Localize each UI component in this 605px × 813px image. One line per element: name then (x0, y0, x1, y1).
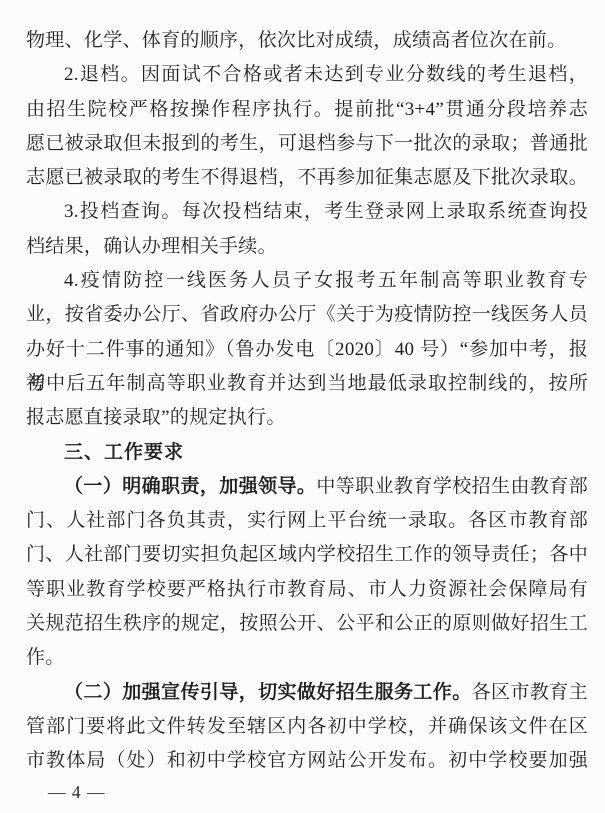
section-heading: 三、工作要求 (26, 436, 588, 470)
line-text: 管部门要将此文件转发至辖区内各初中学校，并确保该文件在区 (26, 716, 588, 737)
line-text: 等职业教育学校要严格执行市教育局、市人力资源社会保障局有 (26, 579, 588, 600)
paragraph-line: 门、人社部门各负其责，实行网上平台统一录取。各区市教育部 (26, 504, 588, 538)
paragraph-line: （二）加强宣传引导，切实做好招生服务工作。各区市教育主 (26, 676, 588, 710)
paragraph-line: 门、人社部门要切实担负起区域内学校招生工作的领导责任；各中 (26, 538, 588, 572)
bold-lead-in: （二）加强宣传引导，切实做好招生服务工作。 (64, 682, 472, 703)
bold-lead-in: （一）明确职责，加强领导。 (64, 476, 316, 497)
line-text: 2.退档。因面试不合格或者未达到专业分数线的考生退档， (64, 64, 588, 85)
line-text: 愿已被录取但未报到的考生，可退档参与下一批次的录取；普通批 (26, 133, 588, 154)
line-text: 志愿已被录取的考生不得退档，不再参加征集志愿及下批次录取。 (26, 167, 588, 188)
line-text: 市教体局（处）和初中学校官方网站公开发布。初中学校要加强 (26, 750, 588, 771)
line-text: 作。 (26, 647, 65, 668)
line-text: 各区市教育主 (472, 682, 588, 703)
line-text: 物理、化学、体育的顺序，依次比对成绩，成绩高者位次在前。 (26, 30, 566, 51)
paragraph-line: 志愿已被录取的考生不得退档，不再参加征集志愿及下批次录取。 (26, 161, 588, 195)
paragraph-line: （一）明确职责，加强领导。中等职业教育学校招生由教育部 (26, 470, 588, 504)
paragraph-line: 3.投档查询。每次投档结束，考生登录网上录取系统查询投 (26, 195, 588, 229)
line-text: 由招生院校严格按操作程序执行。提前批“3+4”贯通分段培养志 (26, 99, 588, 120)
paragraph-line: 管部门要将此文件转发至辖区内各初中学校，并确保该文件在区 (26, 710, 588, 744)
paragraph-line: 办好十二件事的通知》（鲁办发电〔2020〕40 号）“参加中考，报考 (26, 333, 588, 367)
line-text: 4.疫情防控一线医务人员子女报考五年制高等职业教育专 (64, 270, 588, 291)
paragraph-line: 2.退档。因面试不合格或者未达到专业分数线的考生退档， (26, 58, 588, 92)
paragraph-line: 由招生院校严格按操作程序执行。提前批“3+4”贯通分段培养志 (26, 93, 588, 127)
heading-text: 三、工作要求 (64, 442, 184, 463)
line-text: 报志愿直接录取”的规定执行。 (26, 407, 286, 428)
paragraph-line: 4.疫情防控一线医务人员子女报考五年制高等职业教育专 (26, 264, 588, 298)
paragraph-line: 关规范招生秩序的规定，按照公开、公平和公正的原则做好招生工 (26, 607, 588, 641)
line-text: 业，按省委办公厅、省政府办公厅《关于为疫情防控一线医务人员 (26, 304, 588, 325)
paragraph-line: 等职业教育学校要严格执行市教育局、市人力资源社会保障局有 (26, 573, 588, 607)
line-text: 3.投档查询。每次投档结束，考生登录网上录取系统查询投 (64, 201, 588, 222)
paragraph-line: 作。 (26, 641, 588, 675)
paragraph-line: 愿已被录取但未报到的考生，可退档参与下一批次的录取；普通批 (26, 127, 588, 161)
paragraph-line: 业，按省委办公厅、省政府办公厅《关于为疫情防控一线医务人员 (26, 298, 588, 332)
line-text: 中等职业教育学校招生由教育部 (316, 476, 588, 497)
line-text: 档结果，确认办理相关手续。 (26, 236, 277, 257)
document-page: 物理、化学、体育的顺序，依次比对成绩，成绩高者位次在前。 2.退档。因面试不合格… (0, 0, 605, 813)
paragraph-line: 物理、化学、体育的顺序，依次比对成绩，成绩高者位次在前。 (26, 24, 588, 58)
paragraph-line: 档结果，确认办理相关手续。 (26, 230, 588, 264)
page-number: — 4 — (26, 782, 588, 802)
line-text: 门、人社部门要切实担负起区域内学校招生工作的领导责任；各中 (26, 544, 588, 565)
paragraph-line: 市教体局（处）和初中学校官方网站公开发布。初中学校要加强 (26, 744, 588, 778)
paragraph-line: 初中后五年制高等职业教育并达到当地最低录取控制线的，按所 (26, 367, 588, 401)
paragraph-line: 报志愿直接录取”的规定执行。 (26, 401, 588, 435)
line-text: 初中后五年制高等职业教育并达到当地最低录取控制线的，按所 (26, 373, 588, 394)
line-text: 关规范招生秩序的规定，按照公开、公平和公正的原则做好招生工 (26, 613, 588, 634)
line-text: 门、人社部门各负其责，实行网上平台统一录取。各区市教育部 (26, 510, 588, 531)
